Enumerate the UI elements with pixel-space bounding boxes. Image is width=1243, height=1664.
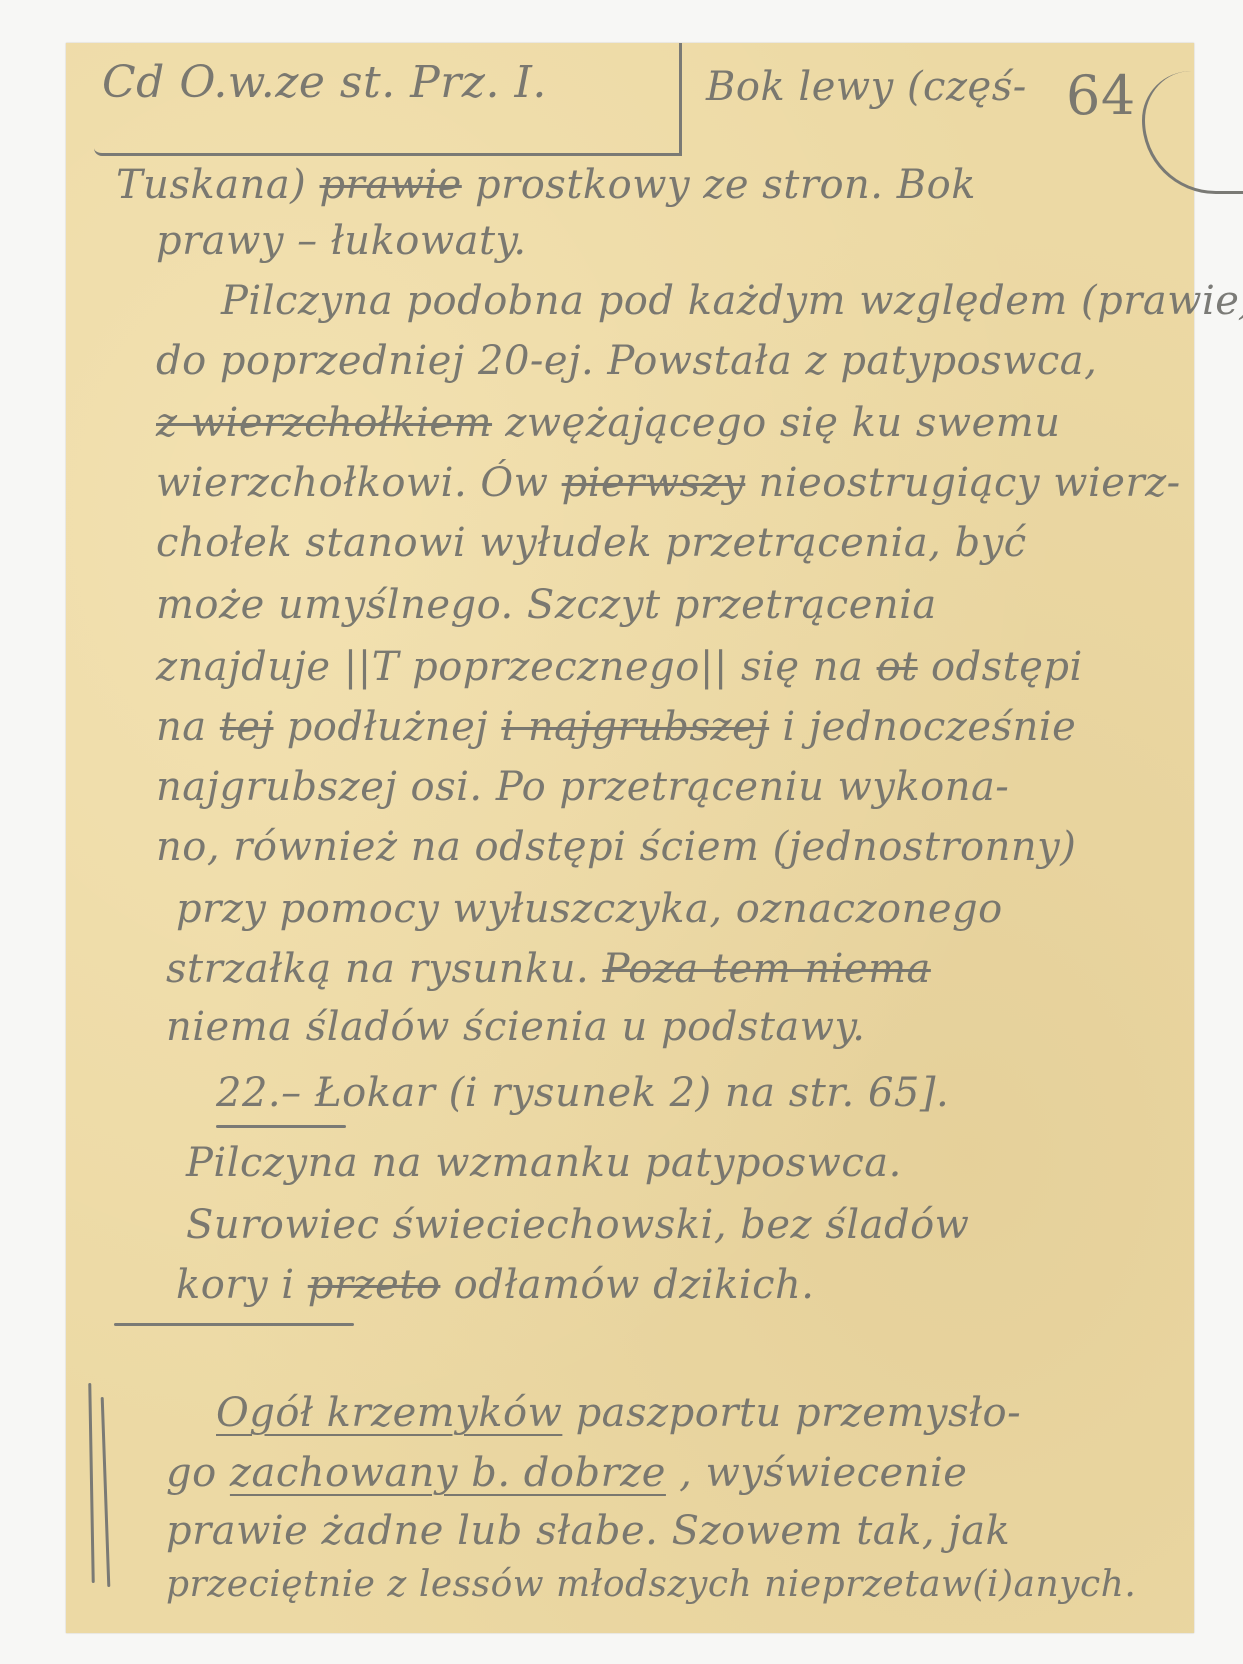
text-line-17: Pilczyna na wzmanku patyposwca. [186,1143,902,1183]
text-line-16: 22.– Łokar (i rysunek 2) na str. 65]. [216,1073,949,1113]
text-line-8: może umyślnego. Szczyt przetrącenia [156,585,937,625]
underline-22 [216,1125,346,1128]
text-line-1: Tuskana) prawie prostkowy ze stron. Bok [116,165,976,205]
text-line-14: strzałką na rysunku. Poza tem niema [166,949,931,989]
margin-mark-2 [101,1397,111,1587]
margin-mark-1 [88,1383,94,1583]
text-line-12: no, również na odstępi ściem (jednostron… [156,827,1076,867]
text-line-10: na tej podłużnej i najgrubszej i jednocz… [156,707,1076,747]
document-page: Cd O.w.ze st. Prz. I. Bok lewy (częś- 64… [66,43,1194,1633]
text-line-3: Pilczyna podobna pod każdym względem (pr… [221,281,1243,321]
text-line-15: niema śladów ścienia u podstawy. [166,1007,866,1047]
text-line-18: Surowiec świeciechowski, bez śladów [186,1205,969,1245]
text-line-4: do poprzedniej 20-ej. Powstała z patypos… [156,341,1097,381]
text-line-13: przy pomocy wyłuszczyka, oznaczonego [176,889,1003,929]
section2-line-2: go zachowany b. dobrze , wyświecenie [166,1453,967,1493]
page-number-arc [1142,71,1243,194]
page-number: 64 [1066,69,1136,123]
text-line-5: z wierzchołkiem zwężającego się ku swemu [156,403,1060,443]
text-line-2: prawy – łukowaty. [156,221,527,261]
text-line-11: najgrubszej osi. Po przetrąceniu wykona- [156,767,1009,807]
text-line-7: chołek stanowi wyłudek przetrącenia, być [156,523,1027,563]
text-line-19: kory i przeto odłamów dzikich. [176,1265,814,1305]
section-divider [114,1323,354,1326]
section2-line-4: przeciętnie z lessów młodszych nieprzeta… [166,1567,1136,1603]
header-continuation: Bok lewy (częś- [706,67,1027,107]
header-reference: Cd O.w.ze st. Prz. I. [102,61,547,105]
text-line-9: znajduje ||T poprzecznego|| się na ot od… [156,647,1083,687]
section2-line-3: prawie żadne lub słabe. Szowem tak, jak [166,1511,1010,1551]
section2-line-1: Ogół krzemyków paszportu przemysło- [216,1393,1021,1433]
text-line-6: wierzchołkowi. Ów pierwszy nieostrugiący… [156,463,1181,503]
